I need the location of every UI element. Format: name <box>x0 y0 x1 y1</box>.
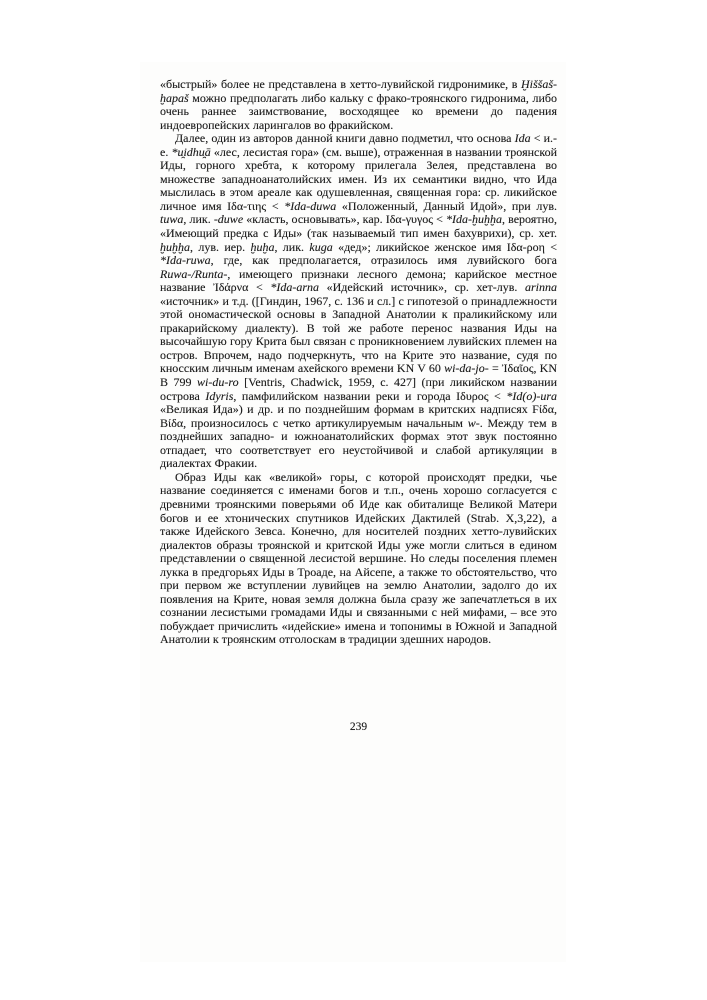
italic-term: ḫuḫḫa <box>160 240 190 254</box>
italic-term: tuwa <box>160 212 183 226</box>
paragraph: Образ Иды как «великой» горы, с которой … <box>160 471 557 647</box>
text-run: , лик. <box>274 240 309 254</box>
text-run: Образ Иды как «великой» горы, с которой … <box>160 470 557 647</box>
text-run: «Идейский источник», ср. хет-лув. <box>319 280 525 294</box>
italic-term: *Ida-ḫuḫḫa <box>446 212 502 226</box>
italic-term: -duwe <box>214 212 243 226</box>
italic-term: *Ida-arna <box>270 280 319 294</box>
paragraph: «быстрый» более не представлена в хетто-… <box>160 78 557 132</box>
italic-term: Idyris <box>205 389 233 403</box>
italic-term: Ruwa-/Runta- <box>160 267 227 281</box>
text-run: Далее, один из авторов данной книги давн… <box>175 131 515 145</box>
text-run: , лув. иер. <box>190 240 250 254</box>
italic-term: *Ida-ruwa <box>160 253 211 267</box>
paragraph: Далее, один из авторов данной книги давн… <box>160 132 557 471</box>
text-run: можно предполагать либо кальку с фрако-т… <box>160 91 557 132</box>
italic-term: wi-da-jo- <box>444 361 489 375</box>
text-run: , памфилийском названии реки и города Ιδ… <box>233 389 506 403</box>
page-number: 239 <box>160 721 557 733</box>
italic-term: *Ida-duwa <box>284 199 336 213</box>
italic-term: wi-du-ro <box>197 375 239 389</box>
italic-term: *u̯idhu̯ā <box>171 145 210 159</box>
text-run: «класть, основывать», кар. Ιδα-γυγος < <box>243 212 446 226</box>
italic-term: ḫuḫa <box>250 240 274 254</box>
text-run: , где, как предполагается, отразилось им… <box>211 253 557 267</box>
italic-term: w- <box>468 416 480 430</box>
italic-term: Ida <box>515 131 531 145</box>
italic-term: *Id(o)-ura <box>506 389 557 403</box>
text-run: «быстрый» более не представлена в хетто-… <box>160 77 521 91</box>
text-run: «Положенный, Данный Идой», при лув. <box>336 199 557 213</box>
italic-term: kuga <box>309 240 332 254</box>
text-block: «быстрый» более не представлена в хетто-… <box>160 78 557 647</box>
italic-term: arinna <box>525 280 557 294</box>
text-run: «дед»; ликийское женское имя Ιδα-ροη < <box>333 240 557 254</box>
scanned-book-page: «быстрый» более не представлена в хетто-… <box>0 0 707 1000</box>
text-run: , лик. <box>183 212 213 226</box>
